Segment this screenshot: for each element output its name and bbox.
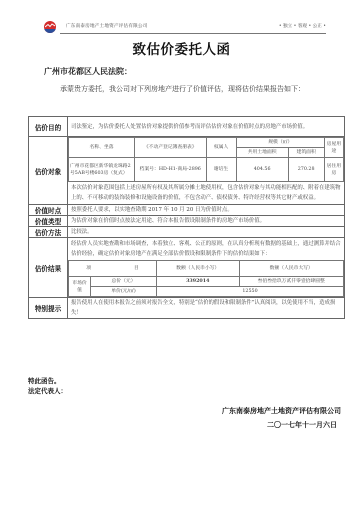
letterhead-company-name: 广东南泰房地产土地资产评估有限公司 bbox=[66, 23, 148, 29]
label-value-type: 价值类型 bbox=[29, 216, 68, 227]
label-value-date: 价值时点 bbox=[29, 205, 68, 216]
header-registry: 《不动产登记簿查册表》 bbox=[135, 138, 207, 158]
object-detail-table: 名称、坐落 《不动产登记簿查册表》 权属人 规模（㎡） 房屋用途 共用土地面积 … bbox=[68, 137, 344, 182]
total-price-label: 总价（元） bbox=[91, 277, 157, 287]
row-value-date: 价值时点 按照委托人要求，以实地查勘期 2017 年 10 月 20 日为价值时… bbox=[29, 205, 345, 216]
label-method: 估价方法 bbox=[29, 227, 68, 238]
object-scope-text: 本次估价对象范围包括上述房屋所有权及其所属分摊土地使用权，包含估价对象与其功能相… bbox=[68, 182, 344, 204]
value-value-type: 为估价对象在价值时点按法定用途、符合本报告假设限制条件的房地产市场价值。 bbox=[68, 216, 345, 227]
legal-representative-label: 法定代表人： bbox=[28, 386, 67, 396]
value-method: 比较法。 bbox=[68, 227, 345, 238]
letterhead-motto: • 独立 • 客观 • 公正 • bbox=[279, 23, 326, 29]
result-value-table: 项 目 数额（人民币小写） 数额（人民币大写） 市场价值 总价（元） 33920… bbox=[68, 260, 344, 297]
label-special-notice: 特别提示 bbox=[29, 298, 68, 319]
header-item: 项 目 bbox=[69, 261, 157, 277]
cell-name-location: 广州市花都区新华镇龙珠路2号5AB号楼603房（复式） bbox=[69, 158, 135, 182]
row-object: 估价对象 名称、坐落 《不动产登记簿查册表》 权属人 规模（㎡） 房屋用途 共用… bbox=[29, 137, 345, 205]
total-price-small: 3392014 bbox=[157, 277, 240, 287]
cell-building-area: 270.28 bbox=[288, 158, 324, 182]
label-object: 估价对象 bbox=[29, 137, 68, 205]
cell-usage: 居住用房 bbox=[324, 158, 343, 182]
signature-block: 广东南泰房地产土地资产评估有限公司 二〇一七年十一月六日 bbox=[222, 404, 341, 432]
header-name-location: 名称、坐落 bbox=[69, 138, 135, 158]
header-amount-large: 数额（人民币大写） bbox=[239, 261, 344, 277]
result-text: 经估价人员实地查勘和市场调查，本着独立、客观、公正的原则，在认真分析现有数据的基… bbox=[68, 238, 344, 260]
row-method: 估价方法 比较法。 bbox=[29, 227, 345, 238]
row-result: 估价结果 经估价人员实地查勘和市场调查，本着独立、客观、公正的原则，在认真分析现… bbox=[29, 238, 345, 298]
header-item-part1: 项 bbox=[86, 266, 91, 271]
signature-company: 广东南泰房地产土地资产评估有限公司 bbox=[222, 404, 341, 418]
unit-price-label: 单价(元/㎡) bbox=[91, 287, 157, 297]
label-result: 估价结果 bbox=[29, 238, 68, 298]
header-scale: 规模（㎡） bbox=[236, 138, 324, 148]
value-purpose: 司法鉴定，为估价委托人处置估价对象提供价值参考而评估估价对象在价值时点的房地产市… bbox=[68, 117, 345, 137]
header-building-area: 建筑面积 bbox=[288, 148, 324, 158]
header-shared-land: 共用土地面积 bbox=[236, 148, 288, 158]
row-special-notice: 特别提示 报告使用人在使用本报告之前须对报告全文，特别是“估价的假设和限制条件”… bbox=[29, 298, 345, 319]
company-logo-icon bbox=[44, 21, 56, 33]
signature-date: 二〇一七年十一月六日 bbox=[222, 418, 337, 432]
header-owner: 权属人 bbox=[206, 138, 236, 158]
closing-line: 特此函告。 bbox=[28, 376, 67, 386]
unit-price-value: 12550 bbox=[157, 287, 344, 297]
cell-owner: 谢培生 bbox=[206, 158, 236, 182]
value-special-notice: 报告使用人在使用本报告之前须对报告全文，特别是“估价的假设和限制条件”认真阅读，… bbox=[68, 298, 345, 319]
letterhead: 广东南泰房地产土地资产评估有限公司 • 独立 • 客观 • 公正 • bbox=[44, 20, 326, 36]
letterhead-divider bbox=[60, 33, 326, 34]
appraisal-summary-table: 估价目的 司法鉴定，为估价委托人处置估价对象提供价值参考而评估估价对象在价值时点… bbox=[28, 116, 345, 319]
cell-shared-land: 404.56 bbox=[236, 158, 288, 182]
total-price-large: 叁佰叁拾玖万贰仟零壹拾肆圆整 bbox=[239, 277, 344, 287]
header-amount-small: 数额（人民币小写） bbox=[157, 261, 240, 277]
header-usage: 房屋用途 bbox=[324, 138, 343, 158]
value-value-date: 按照委托人要求，以实地查勘期 2017 年 10 月 20 日为价值时点。 bbox=[68, 205, 345, 216]
cell-registry: 档案号：HD-H1-商局-2896 bbox=[135, 158, 207, 182]
page-title: 致估价委托人函 bbox=[0, 38, 363, 58]
row-purpose: 估价目的 司法鉴定，为估价委托人处置估价对象提供价值参考而评估估价对象在价值时点… bbox=[29, 117, 345, 137]
result-cell: 经估价人员实地查勘和市场调查，本着独立、客观、公正的原则，在认真分析现有数据的基… bbox=[68, 238, 345, 298]
intro-paragraph: 承蒙贵方委托，我公司对下列房地产进行了价值评估，现将估价结果报告如下： bbox=[44, 79, 329, 100]
object-detail-cell: 名称、坐落 《不动产登记簿查册表》 权属人 规模（㎡） 房屋用途 共用土地面积 … bbox=[68, 137, 345, 205]
market-value-label: 市场价值 bbox=[69, 277, 91, 297]
header-item-part2: 目 bbox=[134, 266, 139, 271]
label-purpose: 估价目的 bbox=[29, 117, 68, 137]
addressee: 广州市花都区人民法院： bbox=[44, 66, 132, 77]
row-value-type: 价值类型 为估价对象在价值时点按法定用途、符合本报告假设限制条件的房地产市场价值… bbox=[29, 216, 345, 227]
closing-block: 特此函告。 法定代表人： bbox=[28, 376, 67, 396]
